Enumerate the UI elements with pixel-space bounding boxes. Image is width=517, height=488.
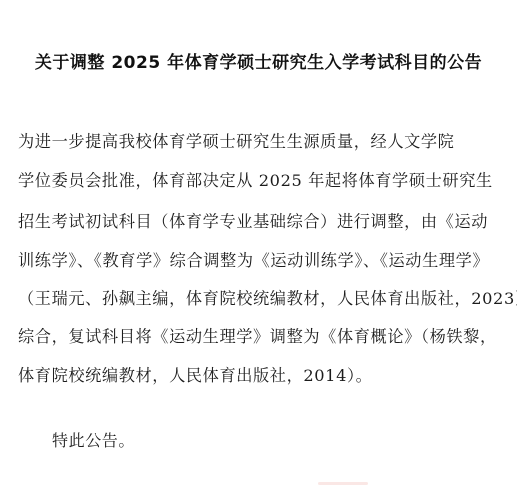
closing-statement: 特此公告。 xyxy=(52,428,135,451)
body-line-5: （王瑞元、孙飙主编，体育院校统编教材，人民体育出版社，2023） xyxy=(18,285,517,309)
body-line-1: 为进一步提高我校体育学硕士研究生生源质量，经人文学院 xyxy=(18,128,454,152)
body-line-4: 训练学》、《教育学》综合调整为《运动训练学》、《运动生理学》 xyxy=(18,247,489,271)
document-title: 关于调整 2025 年体育学硕士研究生入学考试科目的公告 xyxy=(0,48,517,73)
announcement-page: 关于调整 2025 年体育学硕士研究生入学考试科目的公告 为进一步提高我校体育学… xyxy=(0,0,517,488)
body-line-3: 招生考试初试科目（体育学专业基础综合）进行调整，由《运动 xyxy=(18,208,488,232)
body-line-6: 综合，复试科目将《运动生理学》调整为《体育概论》（杨铁黎， xyxy=(18,323,497,347)
body-line-2: 学位委员会批准，体育部决定从 2025 年起将体育学硕士研究生 xyxy=(18,167,493,191)
seal-stamp-icon xyxy=(318,482,368,485)
body-line-7: 体育院校统编教材，人民体育出版社，2014）。 xyxy=(18,362,372,386)
